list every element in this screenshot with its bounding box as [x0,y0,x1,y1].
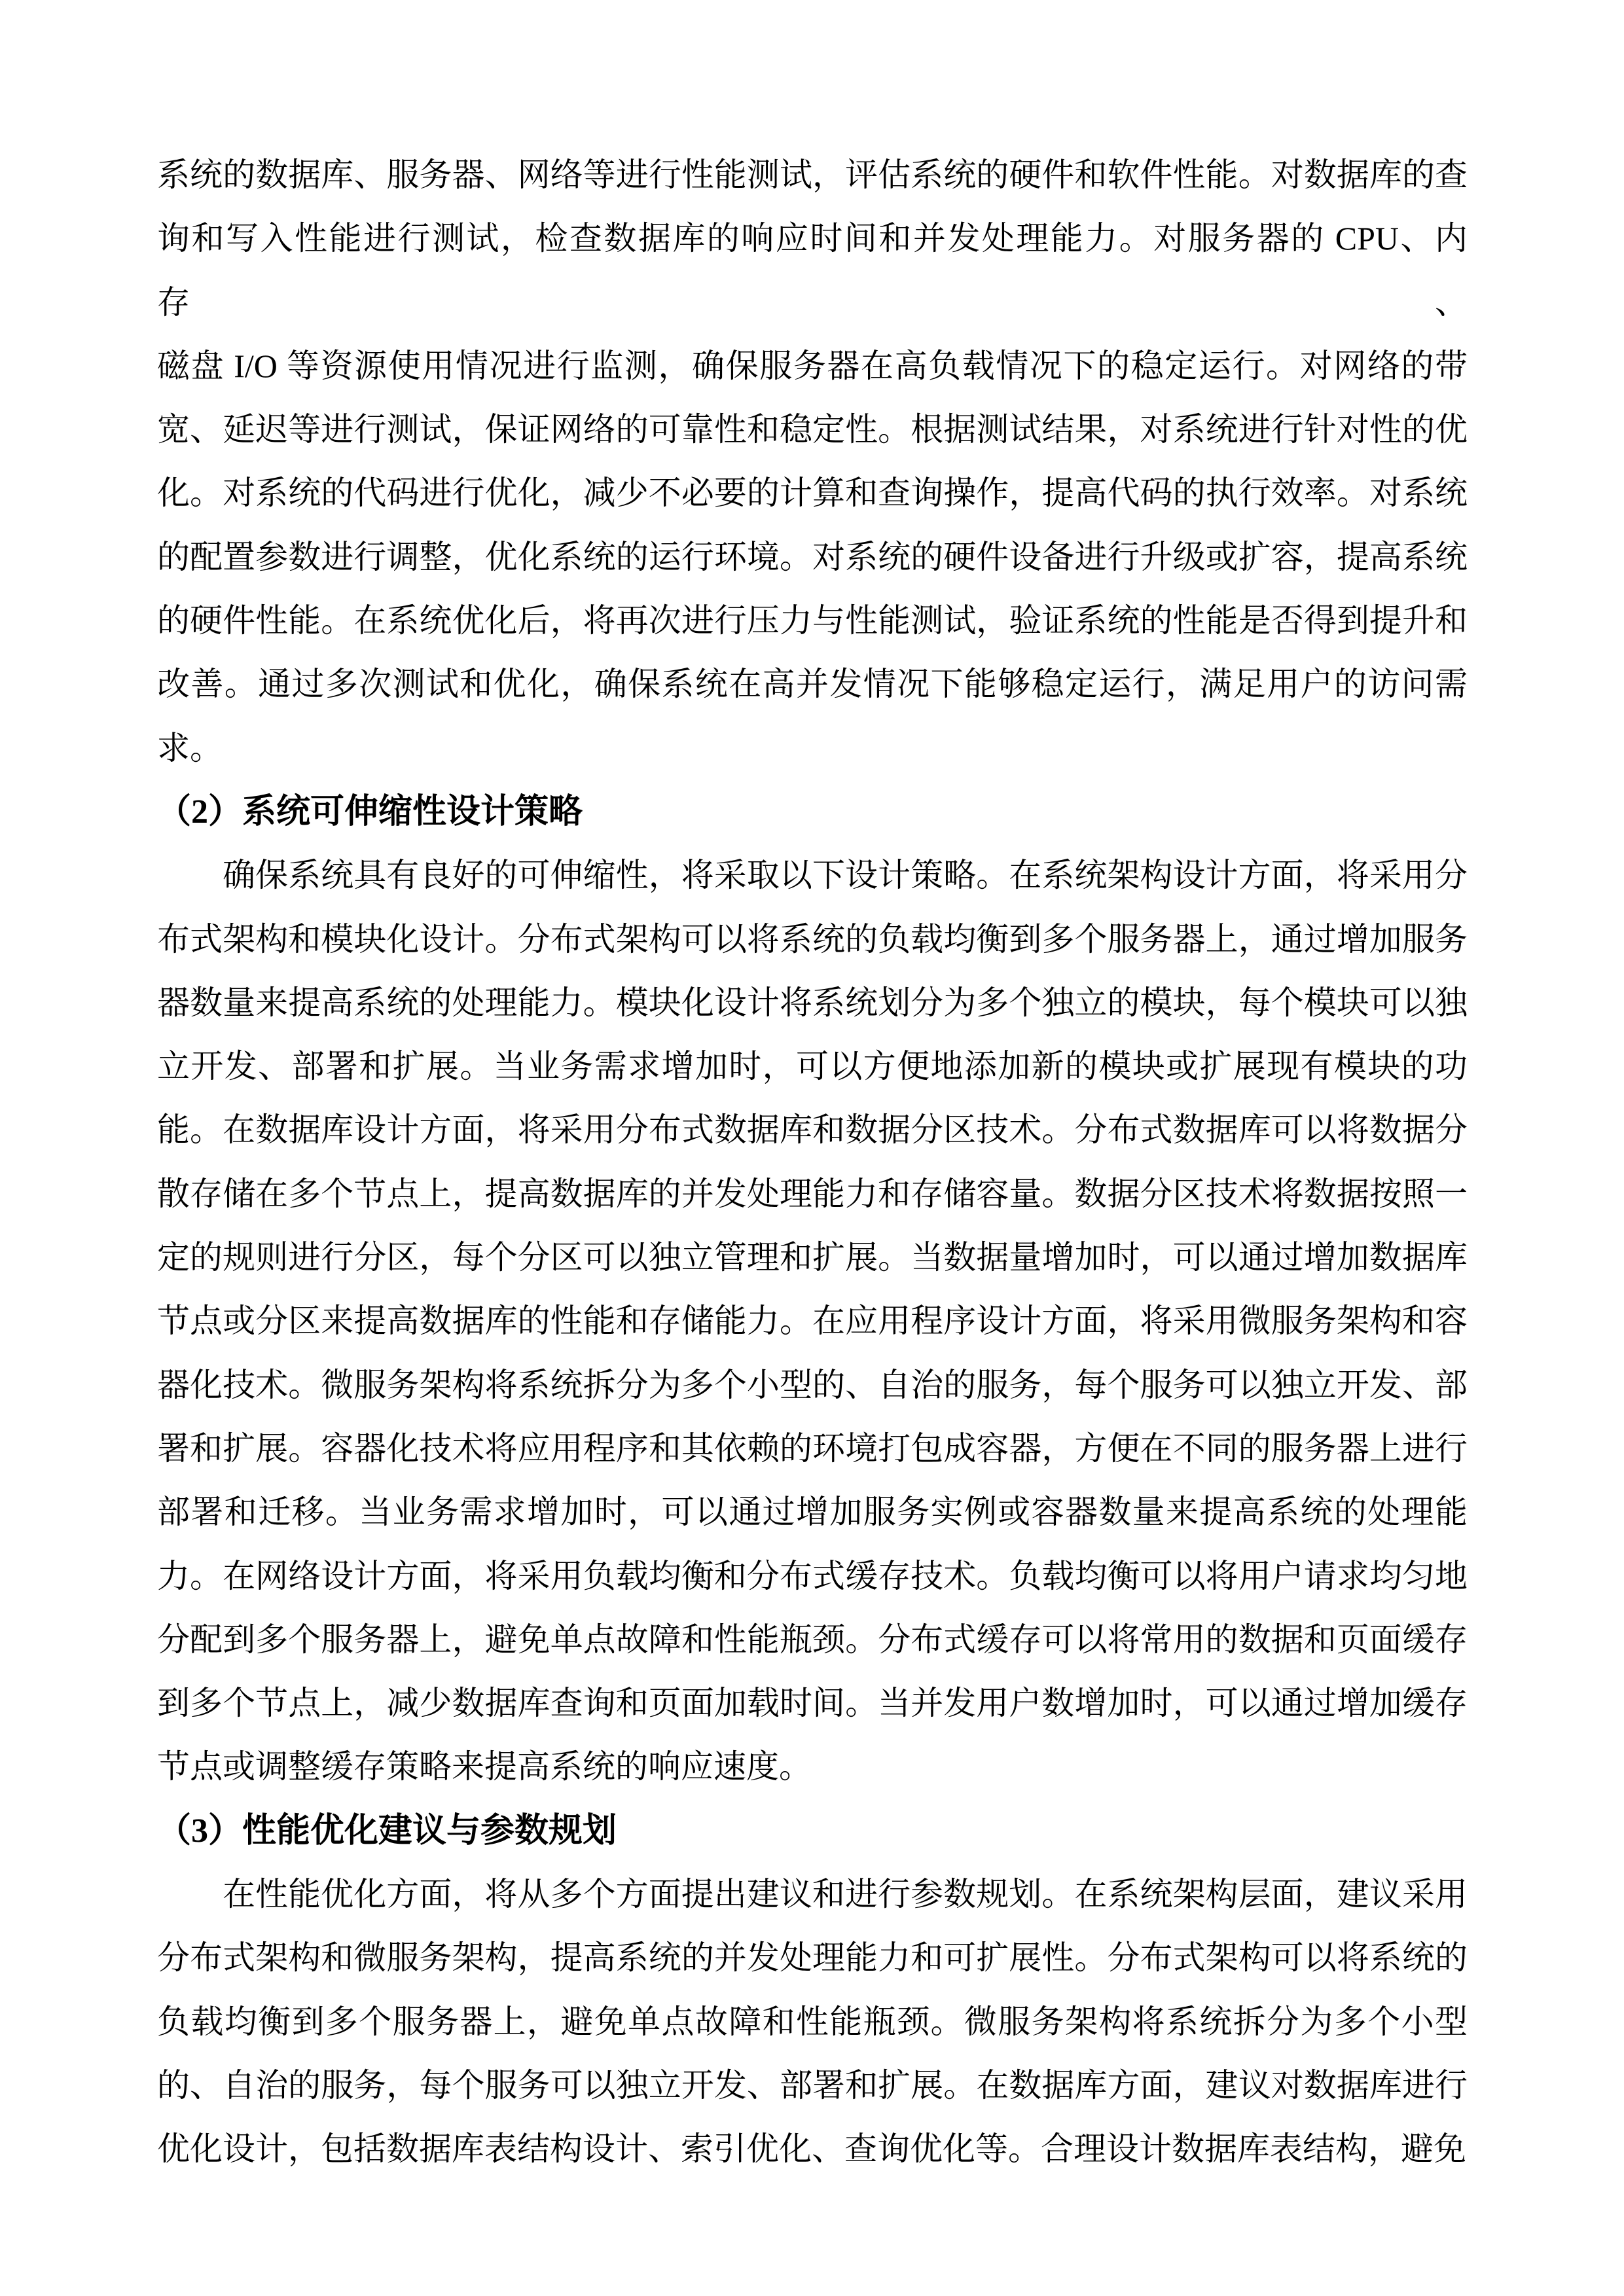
text-line: 能。在数据库设计方面，将采用分布式数据库和数据分区技术。分布式数据库可以将数据分 [157,1098,1468,1162]
text-line: 询和写入性能进行测试，检查数据库的响应时间和并发处理能力。对服务器的 CPU、内… [157,207,1468,334]
text-line: 的配置参数进行调整，优化系统的运行环境。对系统的硬件设备进行升级或扩容，提高系统 [157,526,1468,589]
text-line: 节点或分区来提高数据库的性能和存储能力。在应用程序设计方面，将采用微服务架构和容 [157,1289,1468,1353]
text-line: 系统的数据库、服务器、网络等进行性能测试，评估系统的硬件和软件性能。对数据库的查 [157,143,1468,207]
text-line: 分布式架构和微服务架构，提高系统的并发处理能力和可扩展性。分布式架构可以将系统的 [157,1926,1468,1990]
text-line: 分配到多个服务器上，避免单点故障和性能瓶颈。分布式缓存可以将常用的数据和页面缓存 [157,1608,1468,1672]
section-heading: （3）性能优化建议与参数规划 [157,1799,1468,1863]
text-line: 改善。通过多次测试和优化，确保系统在高并发情况下能够稳定运行，满足用户的访问需 [157,653,1468,716]
text-line: 部署和迁移。当业务需求增加时，可以通过增加服务实例或容器数量来提高系统的处理能 [157,1480,1468,1544]
text-line: 化。对系统的代码进行优化，减少不必要的计算和查询操作，提高代码的执行效率。对系统 [157,461,1468,525]
text-line: 宽、延迟等进行测试，保证网络的可靠性和稳定性。根据测试结果，对系统进行针对性的优 [157,398,1468,461]
text-line: 器数量来提高系统的处理能力。模块化设计将系统划分为多个独立的模块，每个模块可以独 [157,971,1468,1035]
text-line: 在性能优化方面，将从多个方面提出建议和进行参数规划。在系统架构层面，建议采用 [157,1863,1468,1926]
text-line: 布式架构和模块化设计。分布式架构可以将系统的负载均衡到多个服务器上，通过增加服务 [157,908,1468,971]
text-line: 立开发、部署和扩展。当业务需求增加时，可以方便地添加新的模块或扩展现有模块的功 [157,1035,1468,1098]
text-line: 确保系统具有良好的可伸缩性，将采取以下设计策略。在系统架构设计方面，将采用分 [157,844,1468,907]
text-line: 求。 [157,717,1468,780]
text-line: 定的规则进行分区，每个分区可以独立管理和扩展。当数据量增加时，可以通过增加数据库 [157,1226,1468,1289]
text-line: 署和扩展。容器化技术将应用程序和其依赖的环境打包成容器，方便在不同的服务器上进行 [157,1417,1468,1480]
text-line: 器化技术。微服务架构将系统拆分为多个小型的、自治的服务，每个服务可以独立开发、部 [157,1354,1468,1417]
text-line: 磁盘 I/O 等资源使用情况进行监测，确保服务器在高负载情况下的稳定运行。对网络… [157,334,1468,398]
text-line: 优化设计，包括数据库表结构设计、索引优化、查询优化等。合理设计数据库表结构，避免 [157,2117,1468,2181]
document-body: 系统的数据库、服务器、网络等进行性能测试，评估系统的硬件和软件性能。对数据库的查… [157,143,1468,2181]
text-line: 力。在网络设计方面，将采用负载均衡和分布式缓存技术。负载均衡可以将用户请求均匀地 [157,1545,1468,1608]
text-line: 的、自治的服务，每个服务可以独立开发、部署和扩展。在数据库方面，建议对数据库进行 [157,2054,1468,2117]
text-line: 散存储在多个节点上，提高数据库的并发处理能力和存储容量。数据分区技术将数据按照一 [157,1162,1468,1226]
text-line: 负载均衡到多个服务器上，避免单点故障和性能瓶颈。微服务架构将系统拆分为多个小型 [157,1990,1468,2054]
section-heading: （2）系统可伸缩性设计策略 [157,780,1468,844]
text-line: 节点或调整缓存策略来提高系统的响应速度。 [157,1735,1468,1799]
text-line: 到多个节点上，减少数据库查询和页面加载时间。当并发用户数增加时，可以通过增加缓存 [157,1672,1468,1735]
text-line: 的硬件性能。在系统优化后，将再次进行压力与性能测试，验证系统的性能是否得到提升和 [157,589,1468,653]
